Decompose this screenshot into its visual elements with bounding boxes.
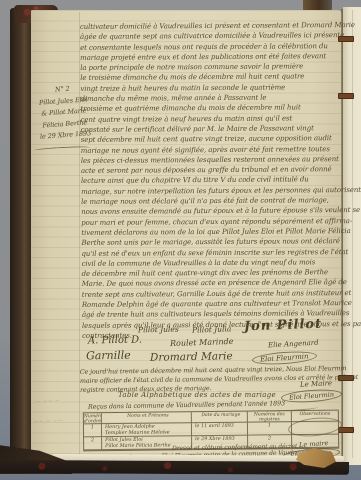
cell-registre: 1 xyxy=(248,422,292,435)
signature-flourish-pillot: Jon Pillot xyxy=(244,317,323,335)
signature-dromard-marie: Dromard Marie xyxy=(150,350,233,363)
signature-pillot-jules: Pillot Jules xyxy=(138,325,179,335)
marbled-cover-band xyxy=(0,460,349,475)
signature-garnille: Garnille xyxy=(86,349,131,363)
header-ordre: Numéros d'ordre xyxy=(84,413,102,424)
noms-line: Templier Maurine Héloïse xyxy=(105,429,191,436)
act-text-line: le troisième dimanche du mois de décembr… xyxy=(80,72,342,84)
act-text: cultivateur domicilié à Vaudreuilles ici… xyxy=(80,20,344,341)
cell-date: le 11 avril 1893 xyxy=(192,423,248,437)
book-spine xyxy=(10,8,33,470)
show-through-mark: ~~ ~ ~~ xyxy=(34,417,63,425)
photo-background: N° 2 Pillot Jules Eloi & Pillot Marie Fé… xyxy=(0,0,361,480)
table-title: Table Alphabétique des actes de mariage xyxy=(118,391,276,399)
signature-a-pillot: A. Pillot D. xyxy=(88,335,142,347)
show-through-mark: ~ ~~ ~ xyxy=(36,397,60,405)
signature-pillot-julia: Pillot Julia xyxy=(192,324,232,334)
header-date: Date du mariage xyxy=(192,412,248,424)
cell-noms: Henry Jean Adolphe Templier Maurine Hélo… xyxy=(102,423,192,437)
le-maire-label: Le Maire xyxy=(300,379,332,389)
cell-ordre: 2 xyxy=(84,437,102,450)
header-registre: Numéros des registres xyxy=(248,411,292,422)
binding-stitch xyxy=(338,427,354,433)
cell-ordre: 1 xyxy=(84,424,102,437)
next-page-fold-line xyxy=(352,10,353,458)
